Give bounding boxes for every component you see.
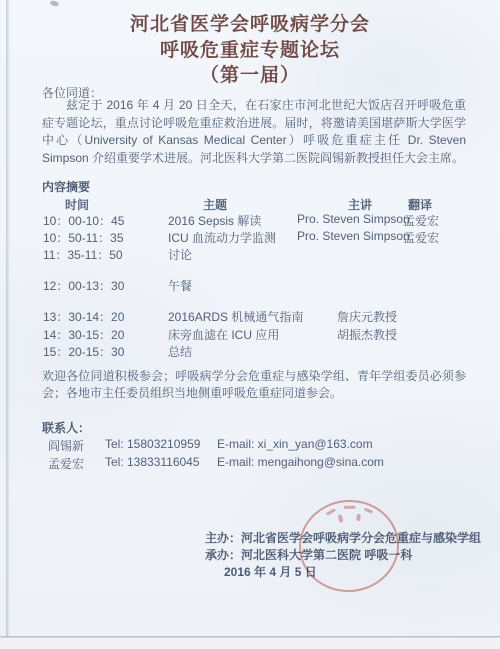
- agenda-topic: 床旁血滤在 ICU 应用: [168, 326, 279, 343]
- agenda-topic: ICU 血流动力学监测: [168, 229, 276, 246]
- scan-edge-left: [6, 0, 10, 637]
- agenda-row: 14：30-15：20 床旁血滤在 ICU 应用 胡振杰教授: [42, 326, 466, 343]
- red-seal-stamp: [295, 496, 403, 596]
- agenda-row: 10：50-11：35 ICU 血流动力学监测 Pro. Steven Simp…: [42, 229, 466, 246]
- agenda-topic: 2016ARDS 机械通气指南: [168, 308, 303, 325]
- seal-mark: [364, 508, 373, 514]
- agenda-topic: 2016 Sepsis 解读: [168, 212, 261, 229]
- agenda-header-translator: 翻译: [408, 196, 432, 213]
- agenda-time: 14：30-15：20: [43, 326, 124, 343]
- agenda-topic: 总结: [168, 343, 192, 360]
- agenda-time: 11：35-11：50: [43, 246, 123, 263]
- document-title-line3: （第一届）: [0, 60, 500, 87]
- seal-mark: [326, 508, 336, 515]
- contact-name: 孟爱宏: [48, 455, 84, 472]
- contact-phone: Tel: 15803210959: [105, 437, 200, 451]
- contact-phone: Tel: 13833116045: [105, 455, 200, 469]
- agenda-speaker: 胡振杰教授: [337, 326, 397, 343]
- scanned-document-page: 河北省医学会呼吸病学分会 呼吸危重症专题论坛 （第一届） 各位同道： 兹定于 2…: [0, 0, 500, 649]
- contacts-label: 联系人：: [42, 420, 90, 437]
- intro-paragraph: 兹定于 2016 年 4 月 20 日全天，在石家庄市河北世纪大饭店召开呼吸危重…: [42, 97, 466, 167]
- agenda-header-row: 时间 主题 主讲 翻译: [42, 196, 466, 213]
- document-title-line1: 河北省医学会呼吸病学分会: [0, 9, 500, 36]
- contact-email: E-mail: xi_xin_yan@163.com: [217, 437, 373, 451]
- agenda-row: 10：00-10：45 2016 Sepsis 解读 Pro. Steven S…: [42, 212, 466, 229]
- agenda-speaker: Pro. Steven Simpson: [297, 212, 410, 226]
- agenda-time: 15：20-15：30: [43, 343, 124, 360]
- agenda-time: 10：00-10：45: [43, 212, 124, 229]
- scan-smudge: [49, 0, 59, 7]
- contact-row: 阎锡新 Tel: 15803210959 E-mail: xi_xin_yan@…: [42, 437, 466, 454]
- agenda-section-label: 内容摘要: [42, 179, 90, 196]
- agenda-translator: 孟爱宏: [403, 212, 439, 229]
- agenda-time: 10：50-11：35: [43, 229, 124, 246]
- agenda-speaker: 詹庆元教授: [337, 308, 397, 325]
- agenda-time: 12：00-13：30: [43, 277, 124, 294]
- seal-mark: [344, 506, 356, 509]
- agenda-translator: 孟爱宏: [403, 229, 439, 246]
- contact-name: 阎锡新: [48, 437, 84, 454]
- agenda-header-time: 时间: [65, 196, 89, 213]
- document-title-line2: 呼吸危重症专题论坛: [0, 35, 500, 62]
- agenda-row: 13：30-14：20 2016ARDS 机械通气指南 詹庆元教授: [42, 308, 466, 325]
- participation-notice: 欢迎各位同道积极参会；呼吸病学分会危重症与感染学组、青年学组委员必须参会；各地市…: [42, 368, 466, 402]
- agenda-topic: 午餐: [168, 277, 192, 294]
- agenda-header-topic: 主题: [203, 196, 227, 213]
- agenda-row: 12：00-13：30 午餐: [42, 277, 466, 294]
- agenda-topic: 讨论: [168, 246, 192, 263]
- contact-row: 孟爱宏 Tel: 13833116045 E-mail: mengaihong@…: [42, 455, 466, 472]
- agenda-time: 13：30-14：20: [43, 308, 124, 325]
- agenda-row: 15：20-15：30 总结: [42, 343, 466, 360]
- contact-email: E-mail: mengaihong@sina.com: [217, 455, 384, 469]
- agenda-header-speaker: 主讲: [348, 196, 372, 213]
- agenda-row: 11：35-11：50 讨论: [42, 246, 466, 263]
- agenda-speaker: Pro. Steven Simpson: [297, 229, 410, 243]
- seal-mark: [356, 514, 361, 521]
- scan-edge-bottom: [0, 638, 500, 649]
- seal-mark: [338, 514, 344, 523]
